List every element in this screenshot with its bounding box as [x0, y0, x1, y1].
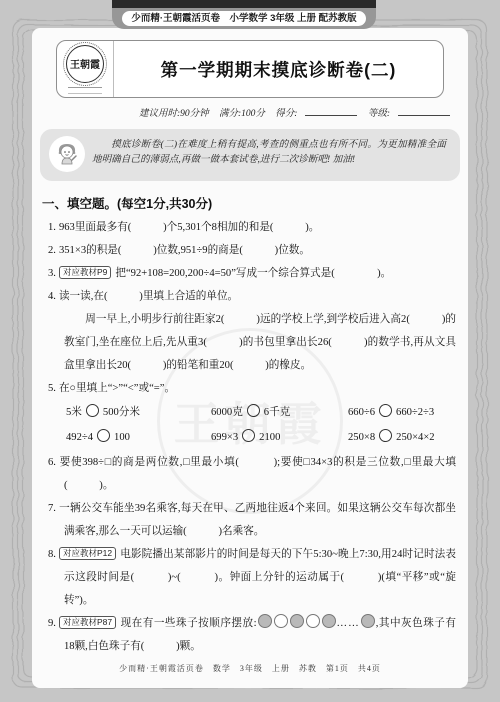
title-cell: 第一学期期末摸底诊断卷(二): [114, 41, 443, 97]
score-label: 得分:: [275, 109, 297, 119]
question-number: 2.: [48, 245, 56, 256]
comparison-item: 6000克6千克: [211, 401, 348, 424]
full-score: 满分:100分: [219, 109, 265, 119]
question-text: 一辆公交车能坐39名乘客,每天在甲、乙两地往返4个来回。如果这辆公交车每次都坐满…: [59, 503, 456, 537]
comparison-item: 492÷4100: [66, 426, 211, 449]
question-text: 读一读,在( )里填上合适的单位。: [59, 291, 238, 302]
notice-text: 摸底诊断卷(二)在难度上稍有提高,考查的侧重点也有所不同。为更加精准全面地明确自…: [92, 137, 446, 167]
compare-circle-icon: [97, 429, 110, 442]
comparison-item: 250×8250×4×2: [348, 426, 456, 449]
question-number: 4.: [48, 291, 56, 302]
compare-circle-icon: [247, 404, 260, 417]
question-8: 8.对应教材P12电影院播出某部影片的时间是每天的下午5:30~晚上7:30,用…: [48, 543, 456, 612]
question-1: 1.963里面最多有( )个5,301个8相加的和是( )。: [48, 216, 456, 239]
compare-circle-icon: [86, 404, 99, 417]
question-text: 351×3的积是( )位数,951÷9的商是( )位数。: [59, 245, 310, 256]
suggested-time: 建议用时:90分钟: [139, 109, 209, 119]
question-9: 9.对应教材P87现在有一些珠子按顺序摆放:……,其中灰色珠子有18颗,白色珠子…: [48, 612, 456, 658]
compare-left: 660÷6: [348, 407, 375, 418]
page-footer: 少而精·王朝霞活页卷 数学 3年级 上册 苏教 第1页 共4页: [32, 663, 468, 674]
question-number: 8.: [48, 549, 56, 560]
textbook-tag: 对应教材P87: [59, 616, 116, 629]
bead-icon: [322, 614, 336, 628]
bead-icon: [274, 614, 288, 628]
question-3: 3.对应教材P9把“92+108=200,200÷4=50”写成一个综合算式是(…: [48, 262, 456, 285]
question-2: 2.351×3的积是( )位数,951÷9的商是( )位数。: [48, 239, 456, 262]
banner-label: 少而精·王朝霞活页卷 小学数学 3年级 上册 配苏教版: [122, 11, 366, 26]
compare-right: 2100: [259, 432, 280, 443]
textbook-tag: 对应教材P9: [59, 266, 111, 279]
compare-left: 5米: [66, 407, 82, 418]
compare-right: 500分米: [103, 407, 140, 418]
question-4: 4.读一读,在( )里填上合适的单位。: [48, 285, 456, 308]
compare-left: 250×8: [348, 432, 375, 443]
textbook-tag: 对应教材P12: [59, 547, 116, 560]
question-number: 5.: [48, 383, 56, 394]
comparison-item: 660÷6660÷2÷3: [348, 401, 456, 424]
questions-list: 1.963里面最多有( )个5,301个8相加的和是( )。 2.351×3的积…: [32, 216, 468, 658]
question-text: 电影院播出某部影片的时间是每天的下午5:30~晚上7:30,用24时记时法表示这…: [64, 549, 456, 606]
question-text: 现在有一些珠子按顺序摆放:: [120, 618, 256, 629]
logo-seal-icon: 王朝霞: [66, 45, 104, 83]
question-number: 6.: [48, 457, 56, 468]
question-number: 9.: [48, 618, 56, 629]
compare-right: 6千克: [264, 407, 290, 418]
question-text: 在○里填上“>”“<”或“=”。: [59, 383, 175, 394]
grade-blank: [398, 106, 450, 116]
bead-icon: [361, 614, 375, 628]
question-number: 3.: [48, 268, 56, 279]
question-4-paragraph: 周一早上,小明步行前往距家2( )远的学校上学,到学校后进入高2( )的教室门,…: [48, 308, 456, 377]
bead-icon: [306, 614, 320, 628]
publisher-logo: 王朝霞: [57, 41, 114, 97]
comparison-item: 699×32100: [211, 426, 348, 449]
page-title: 第一学期期末摸底诊断卷(二): [161, 57, 397, 82]
question-6: 6.要使398÷□的商是两位数,□里最小填( );要使□34×3的积是三位数,□…: [48, 451, 456, 497]
notice-box: 摸底诊断卷(二)在难度上稍有提高,考查的侧重点也有所不同。为更加精准全面地明确自…: [40, 129, 460, 181]
teacher-girl-icon: [49, 136, 85, 172]
question-number: 1.: [48, 222, 56, 233]
comparison-grid: 5米500分米 6000克6千克 660÷6660÷2÷3 492÷4100 6…: [48, 401, 456, 449]
question-7: 7.一辆公交车能坐39名乘客,每天在甲、乙两地往返4个来回。如果这辆公交车每次都…: [48, 497, 456, 543]
seal-waves-icon: [68, 87, 102, 94]
bead-icon: [258, 614, 272, 628]
comparison-item: 5米500分米: [66, 401, 211, 424]
bead-icon: [290, 614, 304, 628]
compare-right: 100: [114, 432, 130, 443]
section-title: 一、填空题。(每空1分,共30分): [32, 194, 468, 212]
question-text: 把“92+108=200,200÷4=50”写成一个综合算式是( )。: [115, 268, 391, 279]
bead-ellipsis: ……: [337, 618, 360, 629]
question-text: 要使398÷□的商是两位数,□里最小填( );要使□34×3的积是三位数,□里最…: [59, 457, 456, 491]
compare-right: 250×4×2: [396, 432, 434, 443]
question-5: 5.在○里填上“>”“<”或“=”。: [48, 377, 456, 400]
compare-circle-icon: [242, 429, 255, 442]
compare-right: 660÷2÷3: [396, 407, 434, 418]
meta-line: 建议用时:90分钟 满分:100分 得分: 等级:: [32, 105, 450, 119]
compare-left: 699×3: [211, 432, 238, 443]
compare-circle-icon: [379, 429, 392, 442]
question-number: 7.: [48, 503, 56, 514]
question-text: 963里面最多有( )个5,301个8相加的和是( )。: [59, 222, 319, 233]
top-banner: 少而精·王朝霞活页卷 小学数学 3年级 上册 配苏教版: [112, 0, 376, 29]
header-box: 王朝霞 第一学期期末摸底诊断卷(二): [56, 40, 444, 98]
paper: 王朝霞 王朝霞 第一学期期末摸底诊断卷(二) 建议用时:90分钟 满分:100分…: [32, 28, 468, 688]
score-blank: [305, 106, 357, 116]
compare-left: 492÷4: [66, 432, 93, 443]
compare-left: 6000克: [211, 407, 243, 418]
grade-label: 等级:: [368, 109, 390, 119]
compare-circle-icon: [379, 404, 392, 417]
